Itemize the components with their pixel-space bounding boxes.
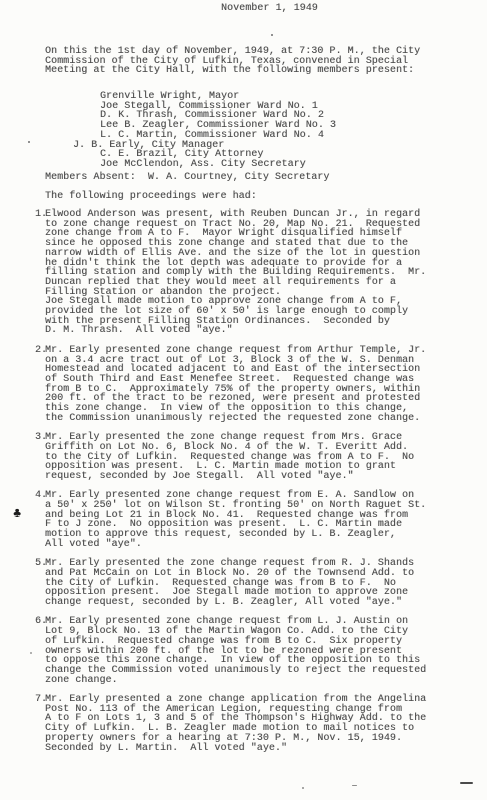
item-number: 2. [35, 346, 47, 356]
minutes-item-2: 2. Mr. Early presented zone change reque… [45, 346, 461, 424]
item-number: 4. [35, 491, 47, 501]
item-text: Elwood Anderson was present, with Reuben… [45, 210, 461, 336]
item-number: 5. [35, 559, 47, 569]
scan-speck [460, 782, 473, 784]
scanned-minutes-page: November 1, 1949 On this the 1st day of … [0, 0, 487, 800]
item-text: Mr. Early presented zone change request … [45, 491, 461, 549]
item-number: 7. [35, 695, 47, 705]
member-line-asst-secretary: Joe McClendon, Ass. City Secretary [100, 160, 336, 170]
scan-speck [271, 34, 273, 36]
item-text: Mr. Early presented zone change request … [45, 617, 461, 685]
minutes-item-1: 1. Elwood Anderson was present, with Reu… [45, 210, 461, 336]
item-text: Mr. Early presented a zone change applic… [45, 695, 461, 753]
minutes-item-3: 3. Mr. Early presented the zone change r… [45, 433, 461, 482]
item-text: Mr. Early presented the zone change requ… [45, 559, 461, 608]
minutes-item-7: 7. Mr. Early presented a zone change app… [45, 695, 461, 753]
item-number: 3. [35, 433, 47, 443]
members-absent-line: Members Absent: W. A. Courtney, City Sec… [45, 173, 329, 183]
scan-speck [30, 652, 32, 654]
item-number: 6. [35, 617, 47, 627]
item-text: Mr. Early presented the zone change requ… [45, 433, 461, 482]
document-date: November 1, 1949 [221, 4, 318, 14]
margin-ink-blot-icon: ♣ [13, 507, 21, 521]
minutes-items: 1. Elwood Anderson was present, with Reu… [45, 210, 461, 763]
scan-speck [28, 141, 30, 143]
intro-paragraph: On this the 1st day of November, 1949, a… [45, 47, 420, 76]
minutes-item-5: 5. Mr. Early presented the zone change r… [45, 559, 461, 608]
minutes-item-6: 6. Mr. Early presented zone change reque… [45, 617, 461, 685]
proceedings-heading: The following proceedings were had: [45, 192, 257, 202]
item-text: Mr. Early presented zone change request … [45, 346, 461, 424]
item-number: 1. [35, 210, 47, 220]
minutes-item-4: 4. Mr. Early presented zone change reque… [45, 491, 461, 549]
scan-speck [302, 787, 304, 789]
members-present-list: Grenville Wright, Mayor Joe Stegall, Com… [100, 92, 336, 170]
scan-speck [352, 785, 357, 786]
